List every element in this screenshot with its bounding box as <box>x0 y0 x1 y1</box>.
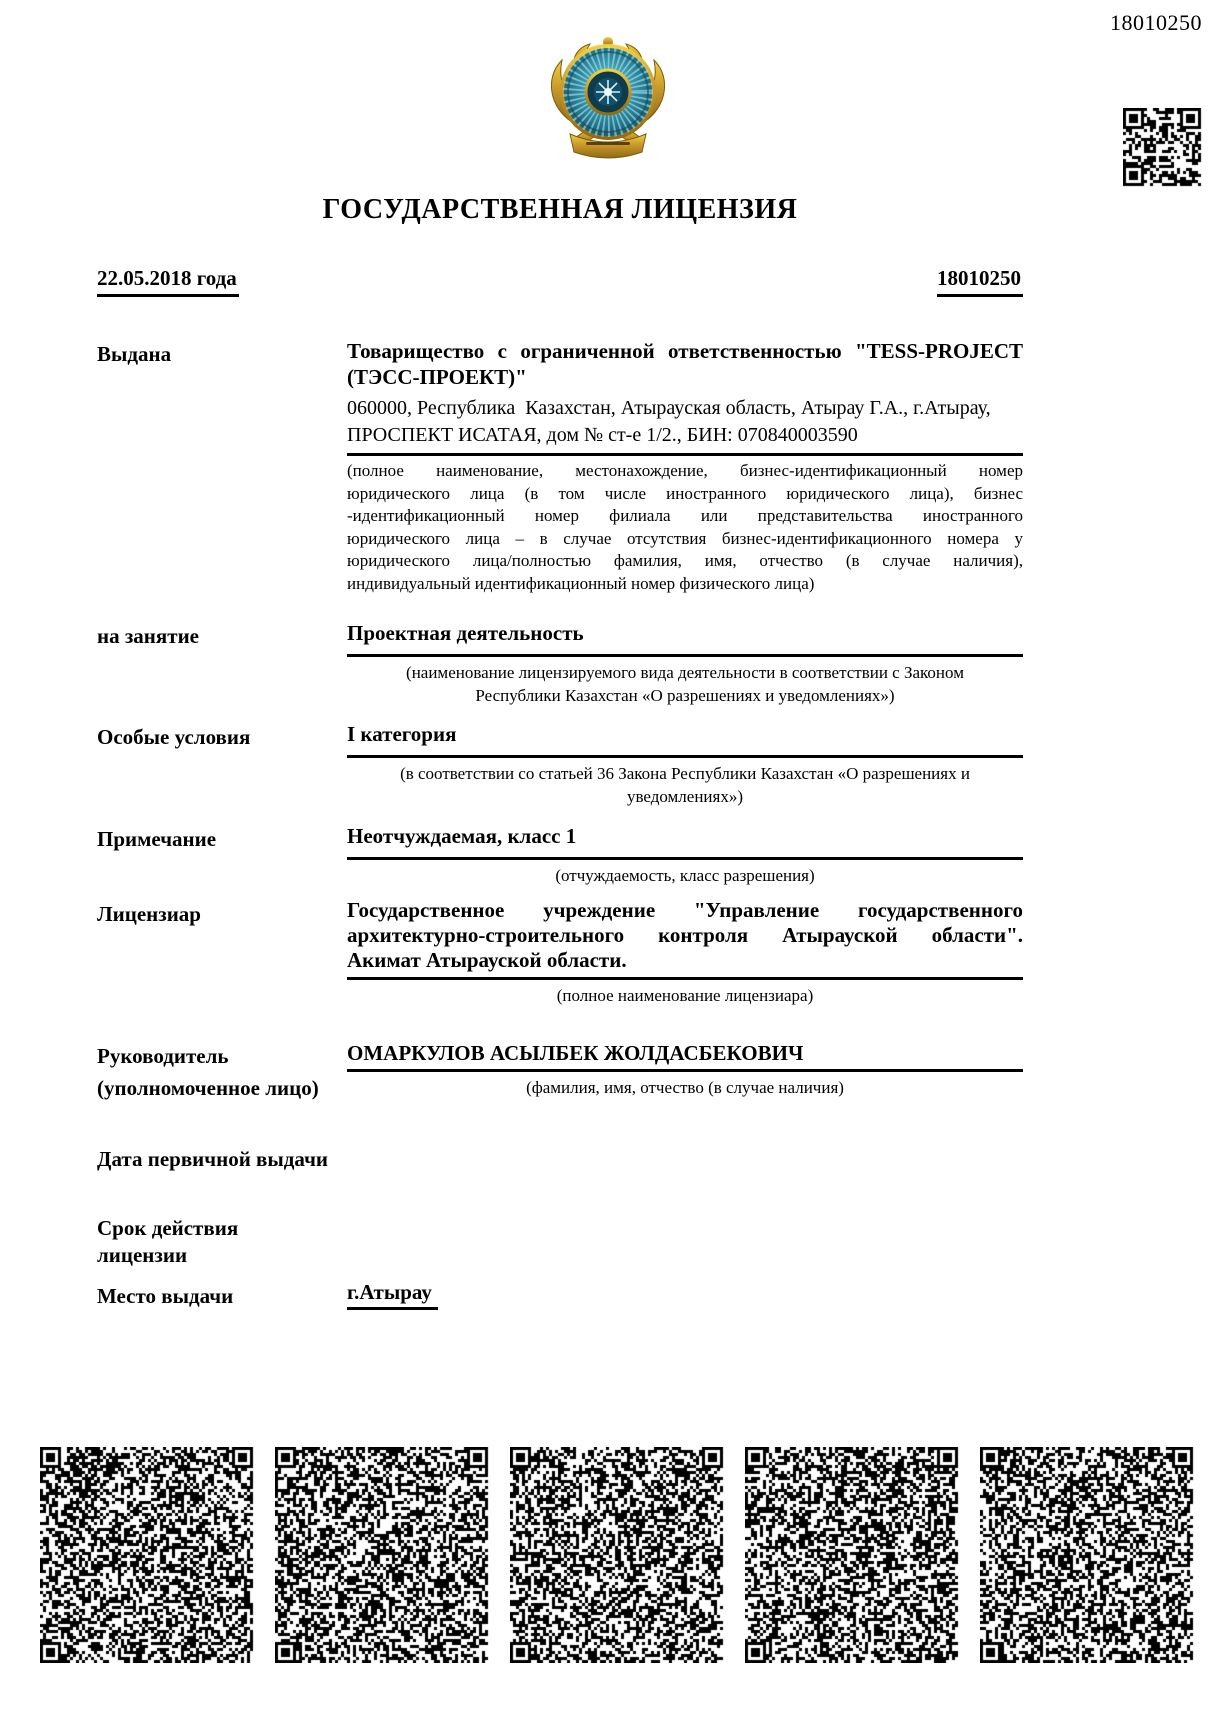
issued-to-label: Выдана <box>97 338 347 595</box>
barcode-block-icon <box>980 1447 1195 1663</box>
note-value: Неотчуждаемая, класс 1 (отчуждаемость, к… <box>347 823 1023 888</box>
section-validity: Срок действия лицензии <box>97 1215 1023 1269</box>
company-name-line: (ТЭСС-ПРОЕКТ)" <box>347 364 1023 390</box>
barcode-block-icon <box>275 1447 490 1663</box>
barcode-block-icon <box>745 1447 960 1663</box>
special-conditions-value: I категория (в соответствии со статьей 3… <box>347 721 1023 808</box>
company-name-line: Товарищество с ограниченной ответственно… <box>347 338 1023 364</box>
section-special-conditions: Особые условия I категория (в соответств… <box>97 721 1023 808</box>
company-address-line: ПРОСПЕКТ ИСАТАЯ, дом № ст-е 1/2., БИН: 0… <box>347 422 1023 456</box>
company-address-line: 060000, Республика Казахстан, Атырауская… <box>347 395 1023 422</box>
section-first-issue-date: Дата первичной выдачи <box>97 1143 1023 1175</box>
document-title: ГОСУДАРСТВЕННАЯ ЛИЦЕНЗИЯ <box>97 194 1023 226</box>
section-issued-to: Выдана Товарищество с ограниченной ответ… <box>97 338 1023 595</box>
section-activity: на занятие Проектная деятельность (наиме… <box>97 620 1023 707</box>
qr-code-icon <box>1123 108 1203 188</box>
issued-to-fine-print: (полное наименование, местонахождение, б… <box>347 456 1023 595</box>
note-text: Неотчуждаемая, класс 1 <box>347 823 1023 860</box>
validity-label: Срок действия лицензии <box>97 1215 347 1269</box>
section-note: Примечание Неотчуждаемая, класс 1 (отчуж… <box>97 823 1023 888</box>
kazakhstan-emblem-icon <box>542 30 674 168</box>
activity-name: Проектная деятельность <box>347 620 1023 657</box>
barcode-block-icon <box>40 1447 255 1663</box>
license-document: 18010250 <box>0 0 1215 1719</box>
head-fine-print: (фамилия, имя, отчество (в случае наличи… <box>347 1077 1023 1100</box>
category-value: I категория <box>347 721 1023 758</box>
place-value: г.Атырау <box>347 1280 438 1310</box>
special-conditions-fine-print: (в соответствии со статьей 36 Закона Рес… <box>347 763 1023 808</box>
activity-value: Проектная деятельность (наименование лиц… <box>347 620 1023 707</box>
section-place-of-issue: Место выдачи г.Атырау <box>97 1280 1023 1312</box>
licensor-value: Государственное учреждение "Управление г… <box>347 898 1023 1008</box>
section-licensor: Лицензиар Государственное учреждение "Уп… <box>97 898 1023 1008</box>
first-issue-date-label: Дата первичной выдачи <box>97 1143 517 1175</box>
head-name: ОМАРКУЛОВ АСЫЛБЕК ЖОЛДАСБЕКОВИЧ <box>347 1040 1023 1072</box>
place-label: Место выдачи <box>97 1280 347 1312</box>
activity-fine-print: (наименование лицензируемого вида деятел… <box>347 662 1023 707</box>
place-value-wrap: г.Атырау <box>347 1280 1023 1312</box>
emblem-graphic <box>542 30 674 168</box>
barcode-block-icon <box>510 1447 725 1663</box>
special-conditions-label: Особые условия <box>97 721 347 808</box>
note-fine-print: (отчуждаемость, класс разрешения) <box>347 865 1023 888</box>
note-label: Примечание <box>97 823 347 888</box>
head-label: Руководитель (уполномоченное лицо) <box>97 1040 347 1104</box>
licensor-line: Государственное учреждение "Управление г… <box>347 898 1023 923</box>
barcode-strip <box>40 1447 1195 1663</box>
issued-to-value: Товарищество с ограниченной ответственно… <box>347 338 1023 595</box>
license-number: 18010250 <box>937 266 1023 297</box>
licensor-line: Акимат Атырауской области. <box>347 948 1023 980</box>
head-value: ОМАРКУЛОВ АСЫЛБЕК ЖОЛДАСБЕКОВИЧ (фамилия… <box>347 1040 1023 1104</box>
date-number-row: 22.05.2018 года 18010250 <box>97 266 1023 297</box>
section-head: Руководитель (уполномоченное лицо) ОМАРК… <box>97 1040 1023 1104</box>
licensor-label: Лицензиар <box>97 898 347 1008</box>
licensor-line: архитектурно-строительного контроля Атыр… <box>347 923 1023 948</box>
licensor-fine-print: (полное наименование лицензиара) <box>347 985 1023 1008</box>
activity-label: на занятие <box>97 620 347 707</box>
issue-date: 22.05.2018 года <box>97 266 239 297</box>
page-number: 18010250 <box>1110 10 1202 36</box>
